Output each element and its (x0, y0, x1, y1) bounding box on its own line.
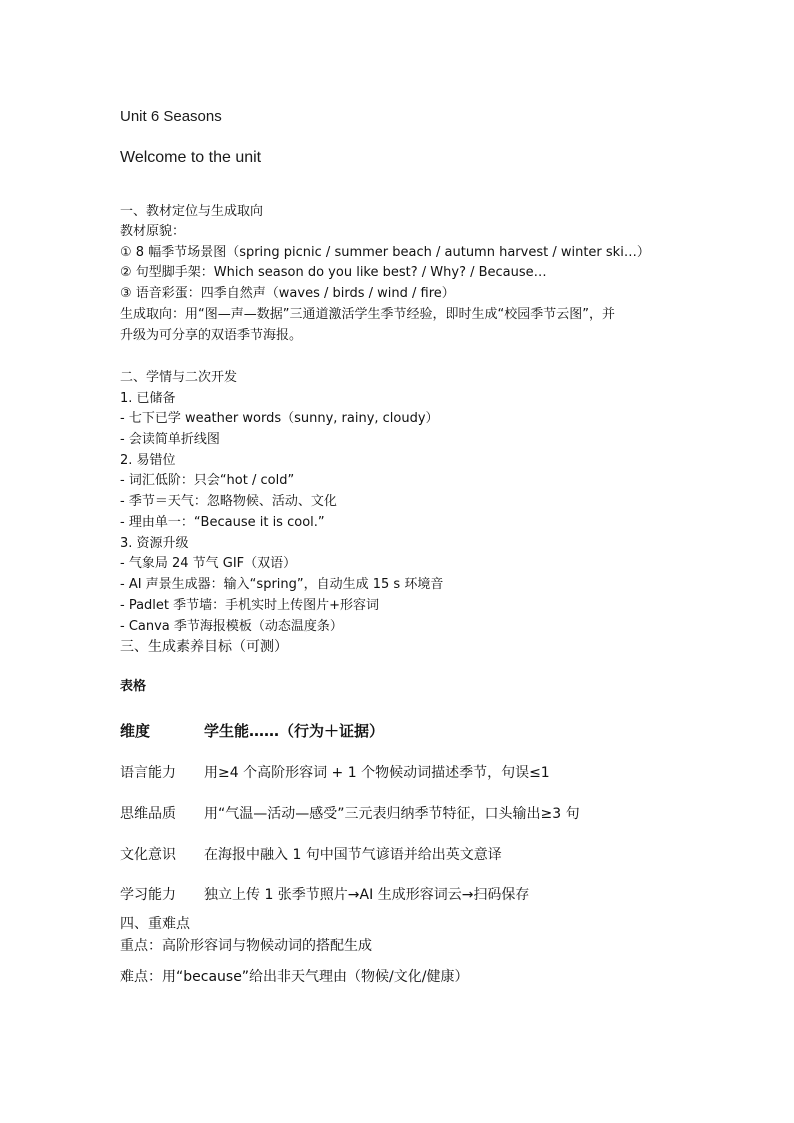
section2-sub2-item-3: - 理由单一：“Because it is cool.” (120, 513, 325, 533)
table-row: 语言能力用≥4 个高阶形容词 + 1 个物候动词描述季节，句误≤1 (120, 762, 550, 782)
table-header-row: 维度学生能……（行为＋证据） (120, 720, 384, 741)
section1-label: 教材原貌： (120, 222, 185, 242)
table-row: 文化意识在海报中融入 1 句中国节气谚语并给出英文意译 (120, 844, 502, 864)
lesson-subtitle: Welcome to the unit (120, 149, 261, 167)
section1-item-2: ② 句型脚手架：Which season do you like best? /… (120, 263, 547, 283)
table-cell-behavior: 独立上传 1 张季节照片→AI 生成形容词云→扫码保存 (204, 887, 529, 903)
table-header-dimension: 维度 (120, 720, 204, 741)
section4-heading: 四、重难点 (120, 913, 190, 933)
section2-sub1-title: 1. 已储备 (120, 389, 176, 409)
section1-orientation-line1: 生成取向：用“图—声—数据”三通道激活学生季节经验，即时生成“校园季节云图”，并 (120, 305, 615, 325)
section2-sub3-title: 3. 资源升级 (120, 534, 189, 554)
section2-heading: 二、学情与二次开发 (120, 368, 237, 388)
table-header-behavior: 学生能……（行为＋证据） (204, 722, 384, 740)
table-cell-behavior: 用≥4 个高阶形容词 + 1 个物候动词描述季节，句误≤1 (204, 765, 550, 781)
section2-sub3-item-4: - Canva 季节海报模板（动态温度条） (120, 617, 343, 637)
table-cell-behavior: 用“气温—活动—感受”三元表归纳季节特征，口头输出≥3 句 (204, 806, 580, 822)
table-cell-dimension: 文化意识 (120, 844, 204, 864)
section2-sub2-title: 2. 易错位 (120, 451, 176, 471)
table-cell-dimension: 学习能力 (120, 884, 204, 904)
section2-sub2-item-1: - 词汇低阶：只会“hot / cold” (120, 471, 294, 491)
table-cell-dimension: 语言能力 (120, 762, 204, 782)
document-page: Unit 6 Seasons Welcome to the unit 一、教材定… (0, 0, 794, 1123)
section2-sub1-item-1: - 七下已学 weather words（sunny, rainy, cloud… (120, 409, 439, 429)
section2-sub3-item-3: - Padlet 季节墙：手机实时上传图片+形容词 (120, 596, 379, 616)
table-cell-behavior: 在海报中融入 1 句中国节气谚语并给出英文意译 (204, 847, 502, 863)
section1-heading: 一、教材定位与生成取向 (120, 202, 263, 222)
section1-item-3: ③ 语音彩蛋：四季自然声（waves / birds / wind / fire… (120, 284, 455, 304)
section2-sub3-item-2: - AI 声景生成器：输入“spring”，自动生成 15 s 环境音 (120, 575, 443, 595)
key-point: 重点：高阶形容词与物候动词的搭配生成 (120, 935, 372, 955)
unit-title: Unit 6 Seasons (120, 108, 222, 125)
table-row: 学习能力独立上传 1 张季节照片→AI 生成形容词云→扫码保存 (120, 884, 529, 904)
section2-sub1-item-2: - 会读简单折线图 (120, 430, 220, 450)
section1-item-1: ① 8 幅季节场景图（spring picnic / summer beach … (120, 243, 650, 263)
table-cell-dimension: 思维品质 (120, 803, 204, 823)
table-label: 表格 (120, 677, 146, 697)
difficult-point: 难点：用“because”给出非天气理由（物候/文化/健康） (120, 966, 469, 986)
section3-heading: 三、生成素养目标（可测） (120, 636, 288, 656)
section1-orientation-line2: 升级为可分享的双语季节海报。 (120, 326, 302, 346)
section2-sub2-item-2: - 季节＝天气：忽略物候、活动、文化 (120, 492, 337, 512)
table-row: 思维品质用“气温—活动—感受”三元表归纳季节特征，口头输出≥3 句 (120, 803, 580, 823)
section2-sub3-item-1: - 气象局 24 节气 GIF（双语） (120, 554, 296, 574)
